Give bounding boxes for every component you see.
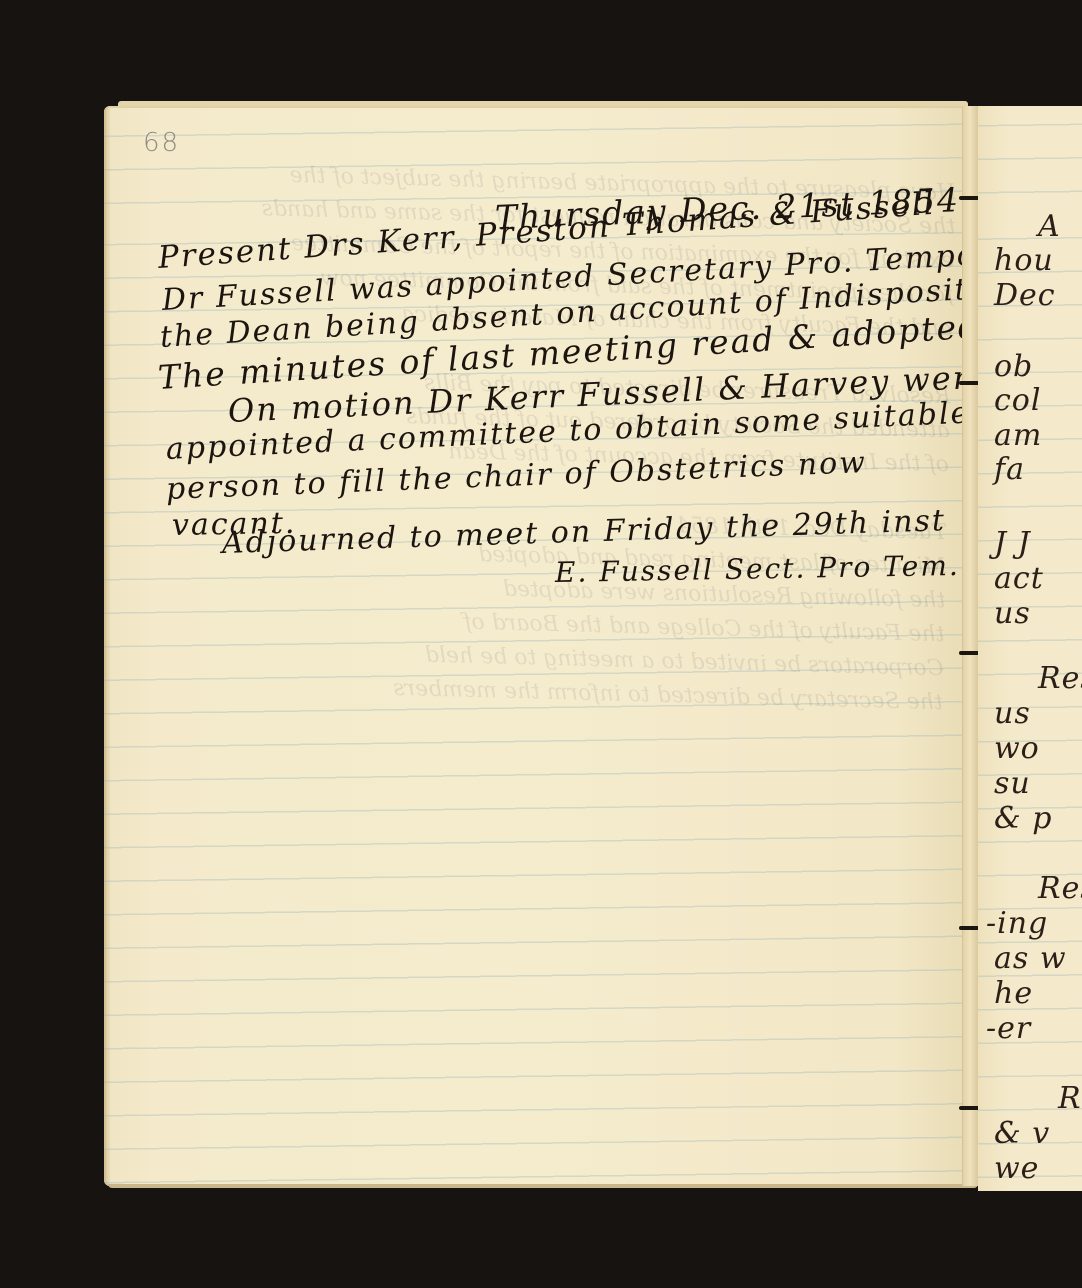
right-page-partial: A hou Dec ob col am fa J J act us Res us…	[978, 106, 1082, 1191]
right-line: act	[994, 561, 1044, 596]
pencil-page-number: 68	[143, 128, 180, 158]
binding-gutter	[962, 106, 979, 1186]
page-bottom-edge	[108, 1184, 978, 1188]
right-line: fa	[994, 452, 1025, 487]
right-line: Res	[1038, 871, 1082, 906]
right-line: su	[994, 766, 1031, 801]
right-line: -er	[986, 1011, 1031, 1046]
right-line: & p	[994, 801, 1052, 836]
right-line: col	[994, 383, 1041, 418]
right-line: R	[1058, 1081, 1082, 1116]
right-line: am	[994, 418, 1042, 453]
right-line: he	[994, 976, 1033, 1011]
right-line: ob	[994, 349, 1033, 384]
right-line: Res	[1038, 661, 1082, 696]
right-line: & v	[994, 1116, 1050, 1151]
signature: E. Fussell Sect. Pro Tem.	[555, 549, 960, 589]
right-line: us	[994, 596, 1031, 631]
right-line: as w	[994, 941, 1067, 976]
right-line: we	[994, 1151, 1039, 1186]
scanned-book-spread: Have pleasure to the appropriate bearing…	[0, 0, 1082, 1288]
right-line: Dec	[994, 278, 1056, 313]
right-line: wo	[994, 731, 1040, 766]
right-line: -ing	[986, 906, 1048, 941]
right-line: A	[1038, 209, 1061, 244]
right-line: J J	[994, 526, 1031, 561]
right-line: hou	[994, 243, 1054, 278]
right-line: us	[994, 696, 1031, 731]
